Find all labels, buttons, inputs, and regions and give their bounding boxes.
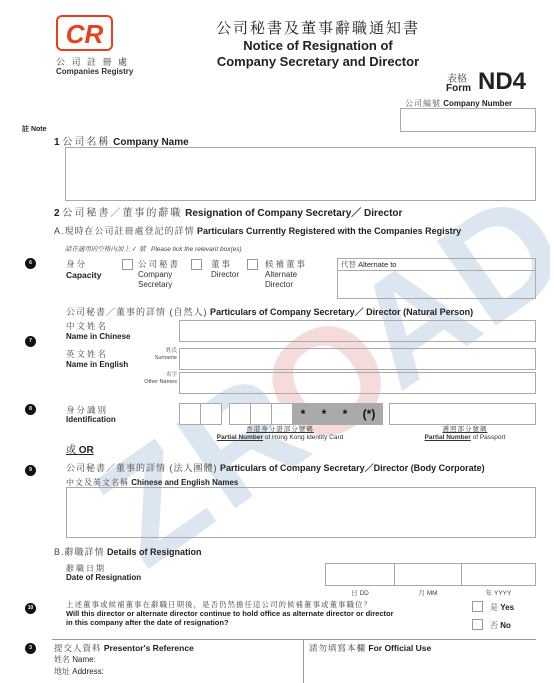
continue-question-en-2: in this company after the date of resign… <box>66 618 466 627</box>
name-english-label-en: Name in English <box>66 360 128 369</box>
note-label: 註 Note <box>22 124 47 134</box>
continue-question-en-1: Will this director or alternate director… <box>66 609 466 618</box>
passport-caption-en-rest: of Passport <box>471 434 506 441</box>
body-corporate-heading-zh: 公司秘書／董事的詳情 (法人團體) <box>66 463 218 473</box>
part-b-label-en: Details of Resignation <box>107 547 202 557</box>
presenter-address-label-en: Address: <box>72 667 104 676</box>
form-code: ND4 <box>478 68 526 96</box>
opt-alternate-director-en-1: Alternate <box>265 270 297 280</box>
footer-divider <box>52 639 536 640</box>
continue-yes-zh: 是 <box>490 603 498 612</box>
presenter-reference-heading: 提交人資料 Presentor's Reference <box>54 642 194 654</box>
section-2-label-en: Resignation of Company Secretary／ Direct… <box>185 208 402 219</box>
hkid-masked-check: (*) <box>355 403 383 425</box>
hkid-digit-cell-1[interactable] <box>229 403 251 425</box>
opt-alternate-director-en: Alternate Director <box>265 270 297 290</box>
presenter-address-label-zh: 地址 <box>54 667 70 676</box>
section-2-num: 2 <box>54 208 60 219</box>
passport-caption-en: Partial Number of Passport <box>400 434 530 442</box>
name-chinese-label-en: Name in Chinese <box>66 332 130 341</box>
footer-vertical-divider <box>303 639 304 683</box>
name-english-label-zh: 英文姓名 <box>66 348 108 360</box>
section-1-num: 1 <box>54 137 60 148</box>
section-1-heading: 1 公司名稱 Company Name <box>54 133 189 148</box>
alternate-to-label-zh: 代替 <box>341 260 356 269</box>
date-dd-input[interactable] <box>325 563 395 586</box>
opt-director-en: Director <box>211 270 239 279</box>
hkid-prefix-cell-2[interactable] <box>200 403 222 425</box>
opt-alternate-director-zh: 候補董事 <box>265 258 307 270</box>
body-corporate-names-input[interactable] <box>66 487 536 538</box>
date-mm-input[interactable] <box>394 563 462 586</box>
opt-alternate-director-en-2: Director <box>265 280 297 290</box>
company-name-input[interactable] <box>65 147 536 201</box>
hkid-masked-cell-2: * <box>313 403 335 425</box>
surname-label: 姓氏 Surname <box>140 348 177 362</box>
presenter-address-field[interactable]: 地址 Address: <box>54 666 104 677</box>
alternate-to-label: 代替 Alternate to <box>338 259 535 271</box>
cr-logo: CR <box>56 15 113 51</box>
company-number-label-en: Company Number <box>443 99 512 108</box>
date-dd-caption: 日 DD <box>325 588 395 597</box>
or-label: 或 OR <box>66 441 94 456</box>
hkid-caption-en-rest: of Hong Kong Identity Card <box>263 434 343 441</box>
note-badge-9: 9 <box>25 465 36 476</box>
natural-person-heading: 公司秘書／董事的詳情 (自然人) Particulars of Company … <box>66 305 473 318</box>
passport-caption-zh: 護照部分號碼 <box>400 426 530 434</box>
opt-company-secretary-zh: 公司秘書 <box>138 258 180 270</box>
note-badge-8: 8 <box>25 404 36 415</box>
identification-label-en: Identification <box>66 415 116 424</box>
capacity-label-zh: 身分 <box>66 258 87 270</box>
surname-label-zh: 姓氏 <box>140 348 177 355</box>
presenter-reference-en: Presentor's Reference <box>104 643 194 653</box>
hkid-prefix-cell-1[interactable] <box>179 403 201 425</box>
checkbox-continue-yes[interactable] <box>472 601 483 612</box>
hkid-caption-en: Partial Number of Hong Kong Identity Car… <box>200 434 360 442</box>
form-label-en: Form <box>446 83 471 94</box>
name-chinese-label-zh: 中文姓名 <box>66 320 108 332</box>
body-corporate-heading-en: Particulars of Company Secretary／Directo… <box>220 463 485 473</box>
tick-hint: 請在適用的空格內加上 ✓ 號 Please tick the relevant … <box>65 244 242 253</box>
official-use-zh: 請勿填寫本欄 <box>309 643 366 653</box>
checkbox-company-secretary[interactable] <box>122 259 133 270</box>
hkid-masked-cell-3: * <box>334 403 356 425</box>
date-resignation-label-en: Date of Resignation <box>66 573 141 582</box>
opt-company-secretary-en-2: Secretary <box>138 280 172 290</box>
alternate-to-input[interactable] <box>338 271 535 299</box>
continue-yes-label: 是 Yes <box>490 602 514 613</box>
continue-question-zh: 上述董事或候補董事在辭職日期後，是否仍然擔任這公司的候補董事或董事職位？ <box>66 600 466 609</box>
surname-input[interactable] <box>179 348 536 370</box>
note-badge-6: 6 <box>25 258 36 269</box>
company-number-label-zh: 公司編號 <box>405 99 441 108</box>
hkid-caption: 香港身分證部分號碼 Partial Number of Hong Kong Id… <box>200 426 360 442</box>
note-badge-10: 10 <box>25 603 36 614</box>
continue-no-label: 否 No <box>490 620 511 631</box>
alternate-to-label-en: Alternate to <box>358 260 396 269</box>
checkbox-continue-no[interactable] <box>472 619 483 630</box>
logo-text: CR <box>58 19 111 49</box>
hkid-digit-cell-2[interactable] <box>250 403 272 425</box>
body-corporate-names-label-zh: 中文及英文名稱 <box>66 478 129 487</box>
part-b-label-zh: B.辭職詳情 <box>54 547 105 557</box>
form-title-zh: 公司秘書及董事辭職通知書 <box>196 17 440 38</box>
or-label-en: OR <box>79 445 94 456</box>
passport-caption: 護照部分號碼 Partial Number of Passport <box>400 426 530 442</box>
part-a-label-en: Particulars Currently Registered with th… <box>197 226 461 236</box>
hkid-masked-cell-1: * <box>292 403 314 425</box>
official-use-heading: 請勿填寫本欄 For Official Use <box>309 642 431 654</box>
opt-director-zh: 董事 <box>211 258 232 270</box>
opt-company-secretary-en: Company Secretary <box>138 270 172 290</box>
part-b-heading: B.辭職詳情 Details of Resignation <box>54 545 202 558</box>
hkid-caption-en-underline: Partial Number <box>217 434 263 441</box>
tick-hint-zh: 請在適用的空格內加上 ✓ 號 <box>65 246 146 253</box>
date-yyyy-caption: 年 YYYY <box>461 588 536 597</box>
form-title-en-2: Company Secretary and Director <box>176 54 460 69</box>
form-title-en-1: Notice of Resignation of <box>196 38 440 53</box>
body-corporate-heading: 公司秘書／董事的詳情 (法人團體) Particulars of Company… <box>66 461 485 474</box>
surname-label-en: Surname <box>140 355 177 362</box>
passport-partial-input[interactable] <box>389 403 536 425</box>
alternate-to-box: 代替 Alternate to <box>337 258 536 299</box>
presenter-name-label-zh: 姓名 <box>54 655 70 664</box>
hkid-caption-zh: 香港身分證部分號碼 <box>200 426 360 434</box>
checkbox-director[interactable] <box>191 259 202 270</box>
capacity-label-en: Capacity <box>66 270 101 280</box>
other-names-label-zh: 名字 <box>130 372 177 379</box>
tick-hint-en: Please tick the relevant box(es) <box>151 246 242 253</box>
continue-no-zh: 否 <box>490 621 498 630</box>
part-a-heading: A.現時在公司註冊處登記的詳情 Particulars Currently Re… <box>54 224 461 237</box>
or-label-zh: 或 <box>66 445 76 456</box>
opt-company-secretary-en-1: Company <box>138 270 172 280</box>
section-2-label-zh: 公司秘書／董事的辭職 <box>62 208 182 219</box>
company-number-input[interactable] <box>400 108 536 132</box>
natural-person-heading-en: Particulars of Company Secretary／ Direct… <box>210 307 473 317</box>
presenter-reference-zh: 提交人資料 <box>54 643 102 653</box>
presenter-name-label-en: Name: <box>72 655 96 664</box>
other-names-input[interactable] <box>179 372 536 394</box>
registry-name-en: Companies Registry <box>56 67 133 76</box>
other-names-label-en: Other Names <box>130 379 177 386</box>
natural-person-heading-zh: 公司秘書／董事的詳情 (自然人) <box>66 307 208 317</box>
other-names-label: 名字 Other Names <box>130 372 177 386</box>
note-badge-7: 7 <box>25 336 36 347</box>
name-chinese-input[interactable] <box>179 320 536 342</box>
passport-caption-en-underline: Partial Number <box>425 434 471 441</box>
part-a-label-zh: A.現時在公司註冊處登記的詳情 <box>54 226 195 236</box>
checkbox-alternate-director[interactable] <box>247 259 258 270</box>
official-use-en: For Official Use <box>368 643 431 653</box>
note-badge-3: 3 <box>25 643 36 654</box>
date-mm-caption: 月 MM <box>394 588 462 597</box>
continue-yes-en: Yes <box>500 603 514 612</box>
presenter-name-field[interactable]: 姓名 Name: <box>54 654 96 665</box>
continue-question: 上述董事或候補董事在辭職日期後，是否仍然擔任這公司的候補董事或董事職位？ Wil… <box>66 600 466 627</box>
section-2-heading: 2 公司秘書／董事的辭職 Resignation of Company Secr… <box>54 204 402 219</box>
continue-no-en: No <box>500 621 511 630</box>
hkid-digit-cell-3[interactable] <box>271 403 293 425</box>
body-corporate-names-label-en: Chinese and English Names <box>131 478 238 487</box>
date-yyyy-input[interactable] <box>461 563 536 586</box>
